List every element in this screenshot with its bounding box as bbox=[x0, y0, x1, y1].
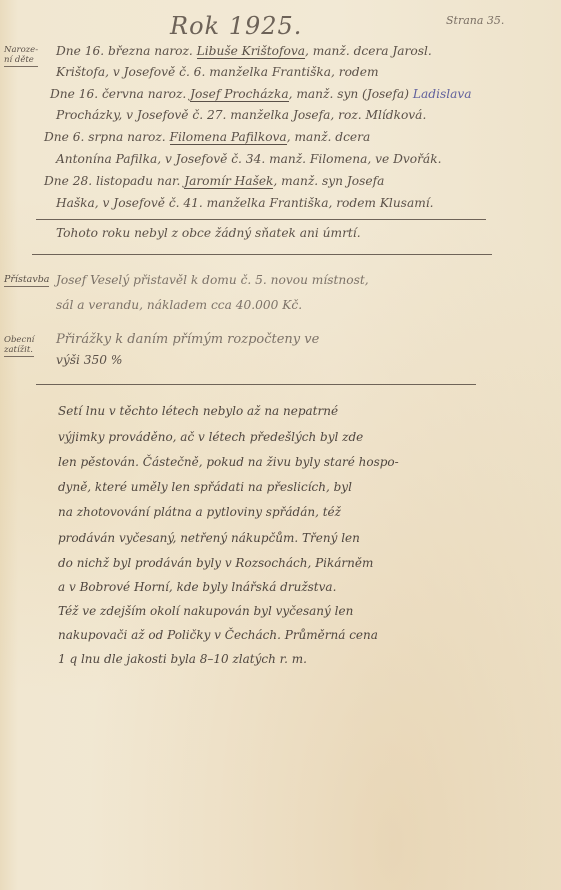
narrative-line: Též ve zdejším okolí nakupován byl vyčes… bbox=[58, 604, 353, 618]
births-line-6: Antonína Pafilka, v Josefově č. 34. manž… bbox=[56, 152, 441, 166]
municipal-line-2: výši 350 % bbox=[56, 353, 123, 367]
narrative-line: výjimky prováděno, ač v létech předešlýc… bbox=[58, 430, 363, 444]
births-line-3: Dne 16. června naroz. Josef Procházka, m… bbox=[50, 87, 472, 101]
narrative-line: prodáván vyčesaný, netřený nákupčům. Tře… bbox=[58, 531, 360, 545]
handwritten-insert: Ladislava bbox=[413, 87, 472, 101]
page-number: Strana 35. bbox=[446, 14, 504, 27]
narrative-line: nakupovači až od Poličky v Čechách. Prům… bbox=[58, 628, 378, 642]
narrative-line: do nichž byl prodáván byly v Rozsochách,… bbox=[58, 556, 373, 570]
page-title: Rok 1925. bbox=[170, 12, 302, 40]
construction-line-1: Josef Veselý přistavěl k domu č. 5. novo… bbox=[56, 273, 369, 287]
margin-label-construction: Přístavba bbox=[4, 275, 49, 287]
document-page: Rok 1925. Strana 35. Naroze- ní děte Dne… bbox=[0, 0, 561, 890]
divider bbox=[36, 219, 486, 220]
child-name: Libuše Krištofova bbox=[197, 44, 305, 59]
births-line-1: Dne 16. března naroz. Libuše Krištofova,… bbox=[56, 44, 432, 58]
divider bbox=[36, 384, 476, 385]
narrative-line: 1 q lnu dle jakosti byla 8–10 zlatých r.… bbox=[58, 652, 307, 666]
narrative-line: dyně, které uměly len spřádati na přesli… bbox=[58, 480, 352, 494]
municipal-line-1: Přirážky k daním přímým rozpočteny ve bbox=[56, 332, 319, 347]
child-name: Josef Procházka bbox=[190, 87, 288, 102]
narrative-line: len pěstován. Částečně, pokud na živu by… bbox=[58, 455, 399, 469]
construction-line-2: sál a verandu, nákladem cca 40.000 Kč. bbox=[56, 298, 302, 312]
births-note: Tohoto roku nebyl z obce žádný sňatek an… bbox=[56, 226, 361, 240]
births-line-7: Dne 28. listopadu nar. Jaromír Hašek, ma… bbox=[44, 174, 384, 188]
child-name: Filomena Pafilkova bbox=[170, 130, 287, 145]
divider bbox=[32, 254, 492, 255]
margin-label-municipal: Obecní zatížit. bbox=[4, 335, 34, 357]
births-line-2: Krištofa, v Josefově č. 6. manželka Fran… bbox=[56, 65, 379, 79]
births-line-8: Haška, v Josefově č. 41. manželka Franti… bbox=[56, 196, 434, 210]
child-name: Jaromír Hašek bbox=[184, 174, 273, 189]
margin-label-births: Naroze- ní děte bbox=[4, 45, 38, 67]
narrative-line: na zhotovování plátna a pytloviny spřádá… bbox=[58, 505, 341, 519]
narrative-line: a v Bobrové Horní, kde byly lnářská druž… bbox=[58, 580, 336, 594]
narrative-line: Setí lnu v těchto létech nebylo až na ne… bbox=[58, 404, 338, 418]
births-line-4: Procházky, v Josefově č. 27. manželka Jo… bbox=[56, 108, 426, 122]
births-line-5: Dne 6. srpna naroz. Filomena Pafilkova, … bbox=[44, 130, 370, 144]
